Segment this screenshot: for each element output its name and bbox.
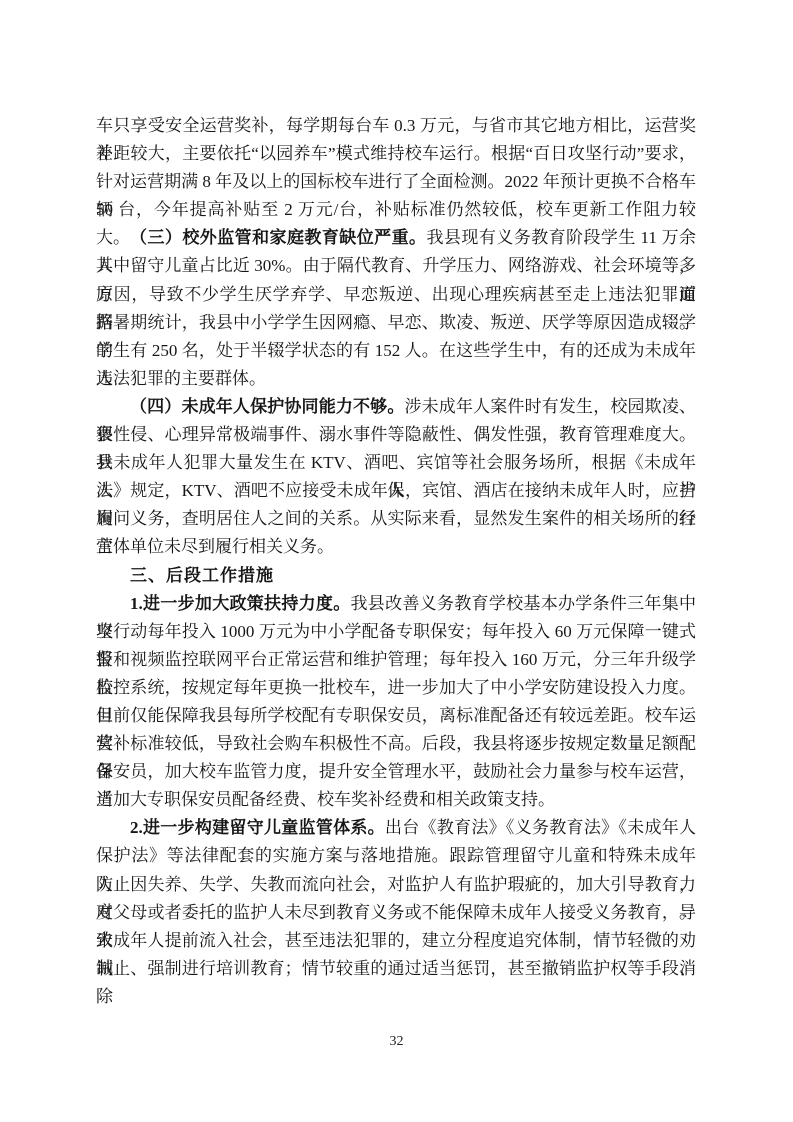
paragraph-text: 制止、强制进行培训教育；情节较重的通过适当惩罚，甚至撤销监护权等手段消除 [96, 959, 696, 1006]
text-line: 据暑期统计，我县中小学学生因网瘾、早恋、欺凌、叛逆、厌学等原因造成辍学的 [96, 309, 696, 337]
text-line: 未成年人提前流入社会，甚至违法犯罪的，建立分程度追究体制，情节轻微的劝诫、 [96, 927, 696, 955]
text-line: 学生有 250 名，处于半辍学状态的有 152 人。在这些学生中，有的还成为未成… [96, 337, 696, 365]
text-line: 违法犯罪的主要群体。 [96, 365, 696, 393]
paragraph-text: 差距较大，主要依托“以园养车”模式维持校车运行。根据“百日攻坚行动”要求， [96, 144, 696, 163]
document-body: 车只享受安全运营奖补，每学期每台车 0.3 万元，与省市其它地方相比，运营奖补差… [96, 112, 696, 983]
text-line: 目前仅能保障我县每所学校配有专职保安员，离标准配备还有较远差距。校车运营 [96, 702, 696, 730]
paragraph-lead-text: 2.进一步构建留守儿童监管体系。 [130, 818, 385, 837]
text-line: 奖补标准较低，导致社会购车积极性不高。后段，我县将逐步按规定数量足额配备 [96, 730, 696, 758]
text-line: 差距较大，主要依托“以园养车”模式维持校车运行。根据“百日攻坚行动”要求， [96, 140, 696, 168]
paragraph-text: 当加大专职保安员配备经费、校车奖补经费和相关政策支持。 [96, 790, 555, 809]
text-line: 车只享受安全运营奖补，每学期每台车 0.3 万元，与省市其它地方相比，运营奖补 [96, 112, 696, 140]
document-page: 车只享受安全运营奖补，每学期每台车 0.3 万元，与省市其它地方相比，运营奖补差… [0, 0, 793, 1122]
text-line: 当加大专职保安员配备经费、校车奖补经费和相关政策支持。 [96, 786, 696, 814]
text-line: 防止因失养、失学、失教而流向社会，对监护人有监护瑕疵的，加大引导教育力度。 [96, 871, 696, 899]
text-line: 保安员，加大校车监管力度，提升安全管理水平，鼓励社会力量参与校车运营，适 [96, 758, 696, 786]
paragraph-lead-text: （三）校外监管和家庭教育缺位严重。 [130, 228, 427, 247]
text-line: 制止、强制进行培训教育；情节较重的通过适当惩罚，甚至撤销监护权等手段消除 [96, 955, 696, 983]
text-line: 其中留守儿童占比近 30%。由于隔代教育、升学压力、网络游戏、社会环境等多方面 [96, 252, 696, 280]
text-line: 县未成年人犯罪大量发生在 KTV、酒吧、宾馆等社会服务场所，根据《未成年人保护 [96, 449, 696, 477]
text-line: 法》规定，KTV、酒吧不应接受未成年人，宾馆、酒店在接纳未成年人时，应当履行 [96, 477, 696, 505]
text-line: 针对运营期满 8 年及以上的国标校车进行了全面检测。2022 年预计更换不合格车… [96, 168, 696, 196]
text-line: 主体单位未尽到履行相关义务。 [96, 533, 696, 561]
paragraph-lead-text: 三、后段工作措施 [130, 566, 274, 585]
page-footer: 32 [0, 1032, 793, 1050]
text-line: 1.进一步加大政策扶持力度。我县改善义务教育学校基本办学条件三年集中攻 [96, 590, 696, 618]
text-line: 原因，导致不少学生厌学弃学、早恋叛逆、出现心理疾病甚至走上违法犯罪道路。 [96, 281, 696, 309]
paragraph-text: 出台《教育法》《义务教育法》《未成年人 [385, 818, 696, 837]
paragraph-text: 主体单位未尽到履行相关义务。 [96, 537, 334, 556]
text-line: 亵性侵、心理异常极端事件、溺水事件等隐蔽性、偶发性强，教育管理难度大。我 [96, 421, 696, 449]
text-line: 2.进一步构建留守儿童监管体系。出台《教育法》《义务教育法》《未成年人 [96, 814, 696, 842]
paragraph-lead-text: 1.进一步加大政策扶持力度。 [130, 594, 351, 613]
page-number: 32 [390, 1034, 404, 1049]
section-heading: 三、后段工作措施 [96, 562, 696, 590]
text-line: （四）未成年人保护协同能力不够。涉未成年人案件时有发生，校园欺凌、猥 [96, 393, 696, 421]
text-line: 保护法》等法律配套的实施方案与落地措施。跟踪管理留守儿童和特殊未成年人， [96, 842, 696, 870]
text-line: 询问义务，查明居住人之间的关系。从实际来看，显然发生案件的相关场所的经营 [96, 505, 696, 533]
text-line: 警和视频监控联网平台正常运营和维护管理；每年投入 160 万元，分三年升级学校 [96, 646, 696, 674]
paragraph-text: 违法犯罪的主要群体。 [96, 369, 266, 388]
text-line: 监控系统，按规定每年更换一批校车，进一步加大了中小学安防建设投入力度。但 [96, 674, 696, 702]
text-line: 50 台，今年提高补贴至 2 万元/台，补贴标准仍然较低，校车更新工作阻力较大。 [96, 196, 696, 224]
text-line: 坚行动每年投入 1000 万元为中小学配备专职保安；每年投入 60 万元保障一键… [96, 618, 696, 646]
paragraph-lead-text: （四）未成年人保护协同能力不够。 [130, 397, 405, 416]
text-line: （三）校外监管和家庭教育缺位严重。我县现有义务教育阶段学生 11 万余人， [96, 224, 696, 252]
text-line: 对父母或者委托的监护人未尽到教育义务或不能保障未成年人接受义务教育，导致 [96, 899, 696, 927]
